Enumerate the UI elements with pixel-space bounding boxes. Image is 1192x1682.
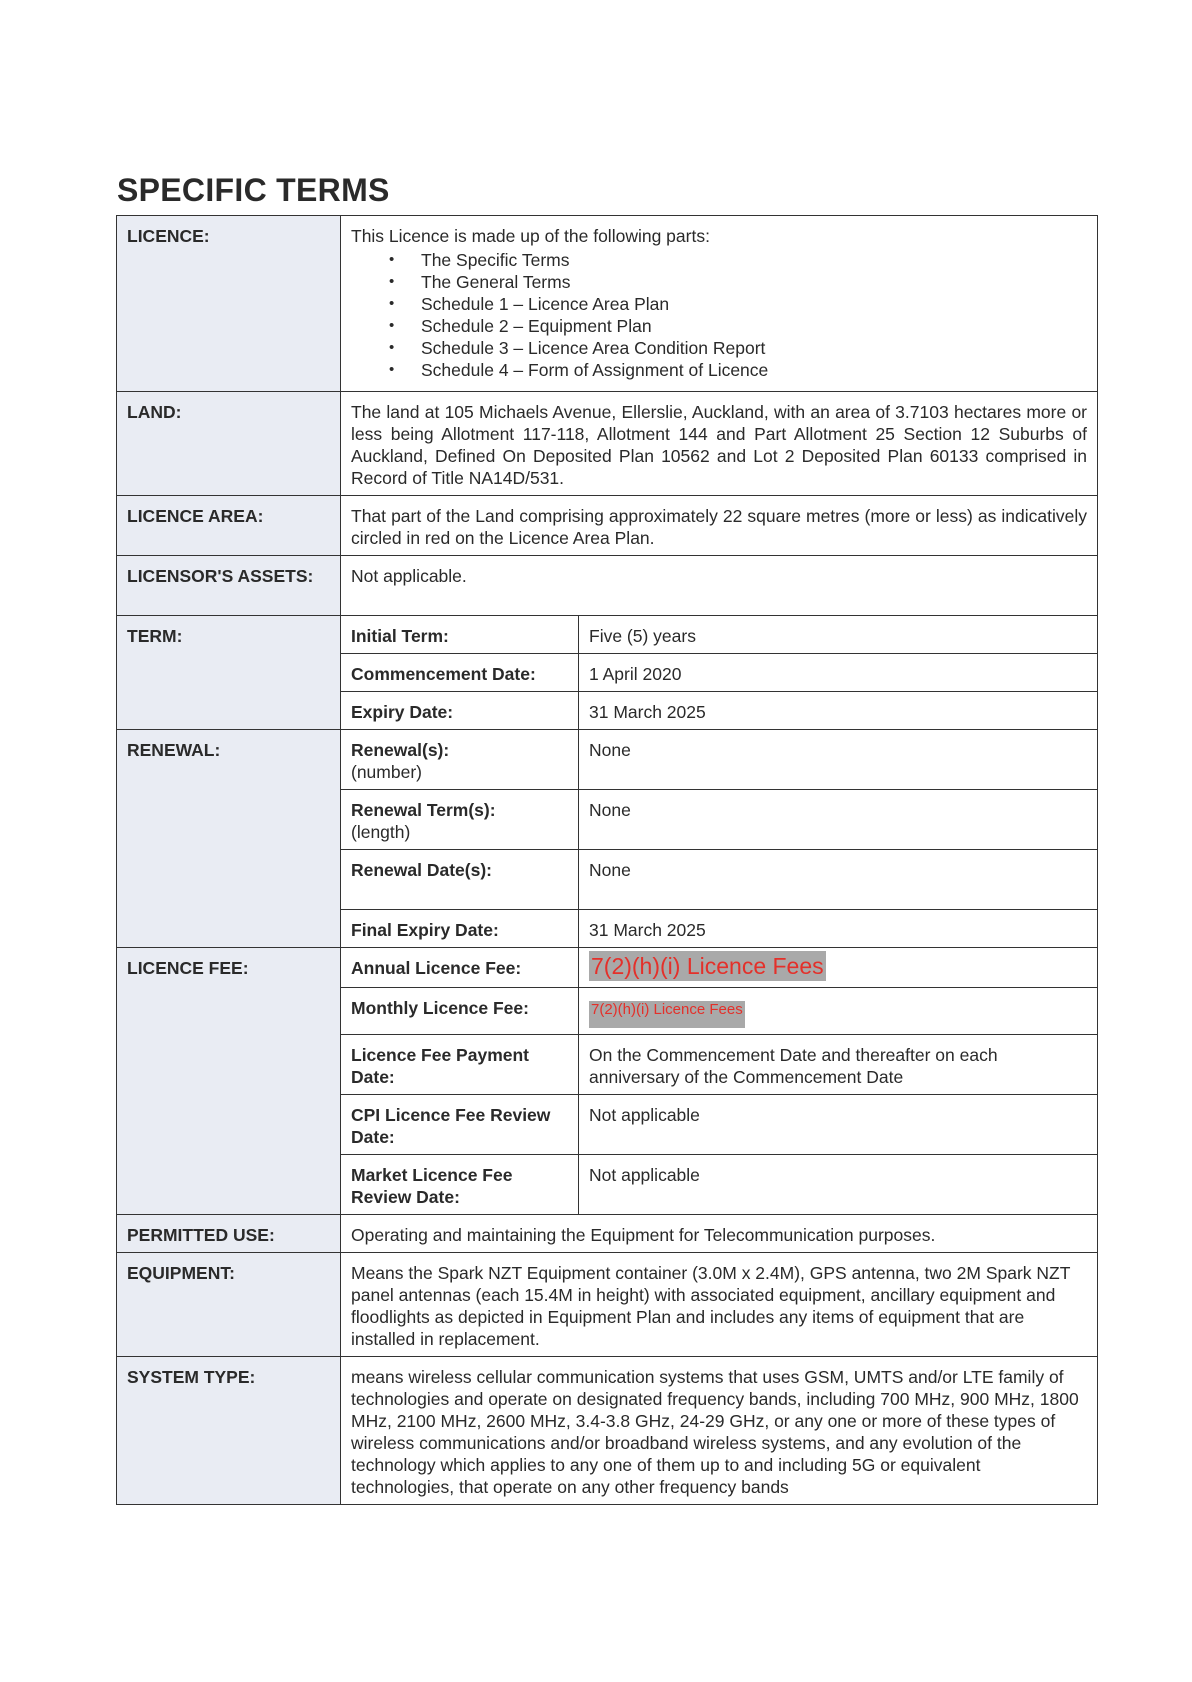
licence-intro: This Licence is made up of the following… xyxy=(351,225,1087,247)
redacted-monthly-licence-fee: 7(2)(h)(i) Licence Fees xyxy=(589,1001,745,1028)
row-licence-area: LICENCE AREA: That part of the Land comp… xyxy=(117,496,1098,556)
row-licence: LICENCE: This Licence is made up of the … xyxy=(117,216,1098,392)
label-permitted-use: PERMITTED USE: xyxy=(117,1215,341,1253)
renewals-value: None xyxy=(579,730,1098,790)
renewal-terms-note: (length) xyxy=(351,821,568,843)
renewal-terms-value: None xyxy=(579,790,1098,850)
redacted-annual-licence-fee: 7(2)(h)(i) Licence Fees xyxy=(589,951,826,981)
licence-parts-list: The Specific Terms The General Terms Sch… xyxy=(351,249,1087,381)
label-licence-area: LICENCE AREA: xyxy=(117,496,341,556)
renewal-dates-label: Renewal Date(s): xyxy=(341,850,579,910)
renewals-note: (number) xyxy=(351,761,568,783)
initial-term-label: Initial Term: xyxy=(341,616,579,654)
cpi-review-date-label: CPI Licence Fee Review Date: xyxy=(341,1095,579,1155)
market-review-date-value: Not applicable xyxy=(579,1155,1098,1215)
row-system-type: SYSTEM TYPE: means wireless cellular com… xyxy=(117,1357,1098,1505)
label-equipment: EQUIPMENT: xyxy=(117,1253,341,1357)
licence-content: This Licence is made up of the following… xyxy=(341,216,1098,392)
list-item: The General Terms xyxy=(421,271,1087,293)
table-row: LICENCE FEE: Annual Licence Fee: 7(2)(h)… xyxy=(117,948,1098,988)
licence-area-text: That part of the Land comprising approxi… xyxy=(341,496,1098,556)
list-item: Schedule 1 – Licence Area Plan xyxy=(421,293,1087,315)
licensors-assets-text: Not applicable. xyxy=(341,556,1098,616)
row-permitted-use: PERMITTED USE: Operating and maintaining… xyxy=(117,1215,1098,1253)
permitted-use-text: Operating and maintaining the Equipment … xyxy=(341,1215,1098,1253)
expiry-date-value: 31 March 2025 xyxy=(579,692,1098,730)
label-land: LAND: xyxy=(117,392,341,496)
market-review-date-label: Market Licence Fee Review Date: xyxy=(341,1155,579,1215)
list-item: The Specific Terms xyxy=(421,249,1087,271)
commencement-date-label: Commencement Date: xyxy=(341,654,579,692)
licence-fee-payment-date-value: On the Commencement Date and thereafter … xyxy=(579,1035,1098,1095)
renewals-label: Renewal(s): xyxy=(351,740,449,760)
list-item: Schedule 2 – Equipment Plan xyxy=(421,315,1087,337)
label-licensors-assets: LICENSOR'S ASSETS: xyxy=(117,556,341,616)
label-licence: LICENCE: xyxy=(117,216,341,392)
renewal-terms-label: Renewal Term(s): xyxy=(351,800,496,820)
page-title: SPECIFIC TERMS xyxy=(117,172,390,209)
row-equipment: EQUIPMENT: Means the Spark NZT Equipment… xyxy=(117,1253,1098,1357)
label-licence-fee: LICENCE FEE: xyxy=(117,948,341,1215)
table-row: TERM: Initial Term: Five (5) years xyxy=(117,616,1098,654)
monthly-licence-fee-label: Monthly Licence Fee: xyxy=(341,988,579,1035)
annual-licence-fee-cell: 7(2)(h)(i) Licence Fees xyxy=(579,948,1098,988)
initial-term-value: Five (5) years xyxy=(579,616,1098,654)
list-item: Schedule 4 – Form of Assignment of Licen… xyxy=(421,359,1087,381)
expiry-date-label: Expiry Date: xyxy=(341,692,579,730)
row-licensors-assets: LICENSOR'S ASSETS: Not applicable. xyxy=(117,556,1098,616)
renewal-terms-label-cell: Renewal Term(s): (length) xyxy=(341,790,579,850)
commencement-date-value: 1 April 2020 xyxy=(579,654,1098,692)
licence-fee-payment-date-label: Licence Fee Payment Date: xyxy=(341,1035,579,1095)
row-land: LAND: The land at 105 Michaels Avenue, E… xyxy=(117,392,1098,496)
monthly-licence-fee-cell: 7(2)(h)(i) Licence Fees xyxy=(579,988,1098,1035)
table-row: RENEWAL: Renewal(s): (number) None xyxy=(117,730,1098,790)
label-term: TERM: xyxy=(117,616,341,730)
specific-terms-table: LICENCE: This Licence is made up of the … xyxy=(116,215,1098,1505)
label-system-type: SYSTEM TYPE: xyxy=(117,1357,341,1505)
land-text: The land at 105 Michaels Avenue, Ellersl… xyxy=(341,392,1098,496)
annual-licence-fee-label: Annual Licence Fee: xyxy=(341,948,579,988)
list-item: Schedule 3 – Licence Area Condition Repo… xyxy=(421,337,1087,359)
final-expiry-date-label: Final Expiry Date: xyxy=(341,910,579,948)
system-type-text: means wireless cellular communication sy… xyxy=(341,1357,1098,1505)
final-expiry-date-value: 31 March 2025 xyxy=(579,910,1098,948)
renewal-dates-value: None xyxy=(579,850,1098,910)
renewals-label-cell: Renewal(s): (number) xyxy=(341,730,579,790)
label-renewal: RENEWAL: xyxy=(117,730,341,948)
equipment-text: Means the Spark NZT Equipment container … xyxy=(341,1253,1098,1357)
cpi-review-date-value: Not applicable xyxy=(579,1095,1098,1155)
